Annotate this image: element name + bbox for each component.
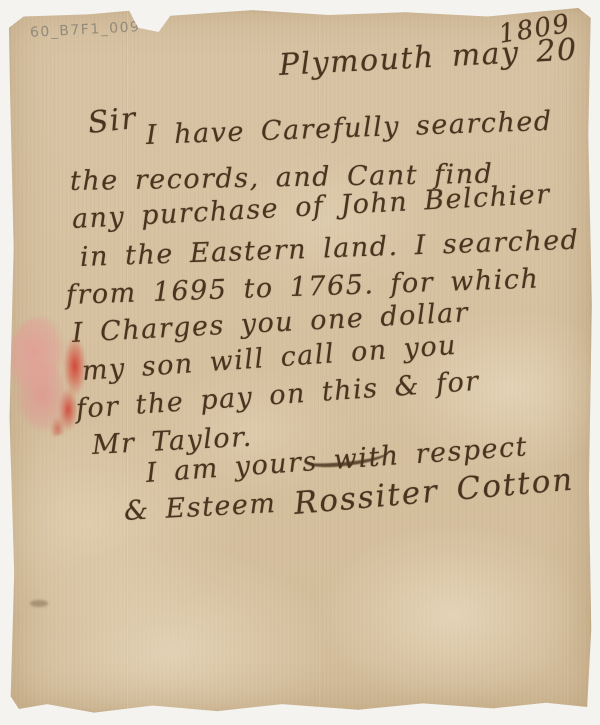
closing-line: & Esteem — [123, 488, 277, 527]
letter-salutation: Sir — [86, 101, 138, 141]
fold-crease-right — [566, 8, 569, 714]
wax-seal-icon — [6, 316, 92, 436]
letter-dateline: Plymouth may 20 — [278, 32, 578, 83]
pencil-smudge — [30, 600, 48, 607]
body-line: I have Carefully searched — [145, 106, 553, 151]
scanned-letter-page: { "meta": { "catalog_number": "60_B7F1_0… — [0, 0, 600, 725]
letter-paper-sheet: 60_B7F1_009 1809 Plymouth may 20 Sir I h… — [6, 8, 593, 714]
catalog-number-pencil: 60_B7F1_009 — [30, 19, 141, 41]
